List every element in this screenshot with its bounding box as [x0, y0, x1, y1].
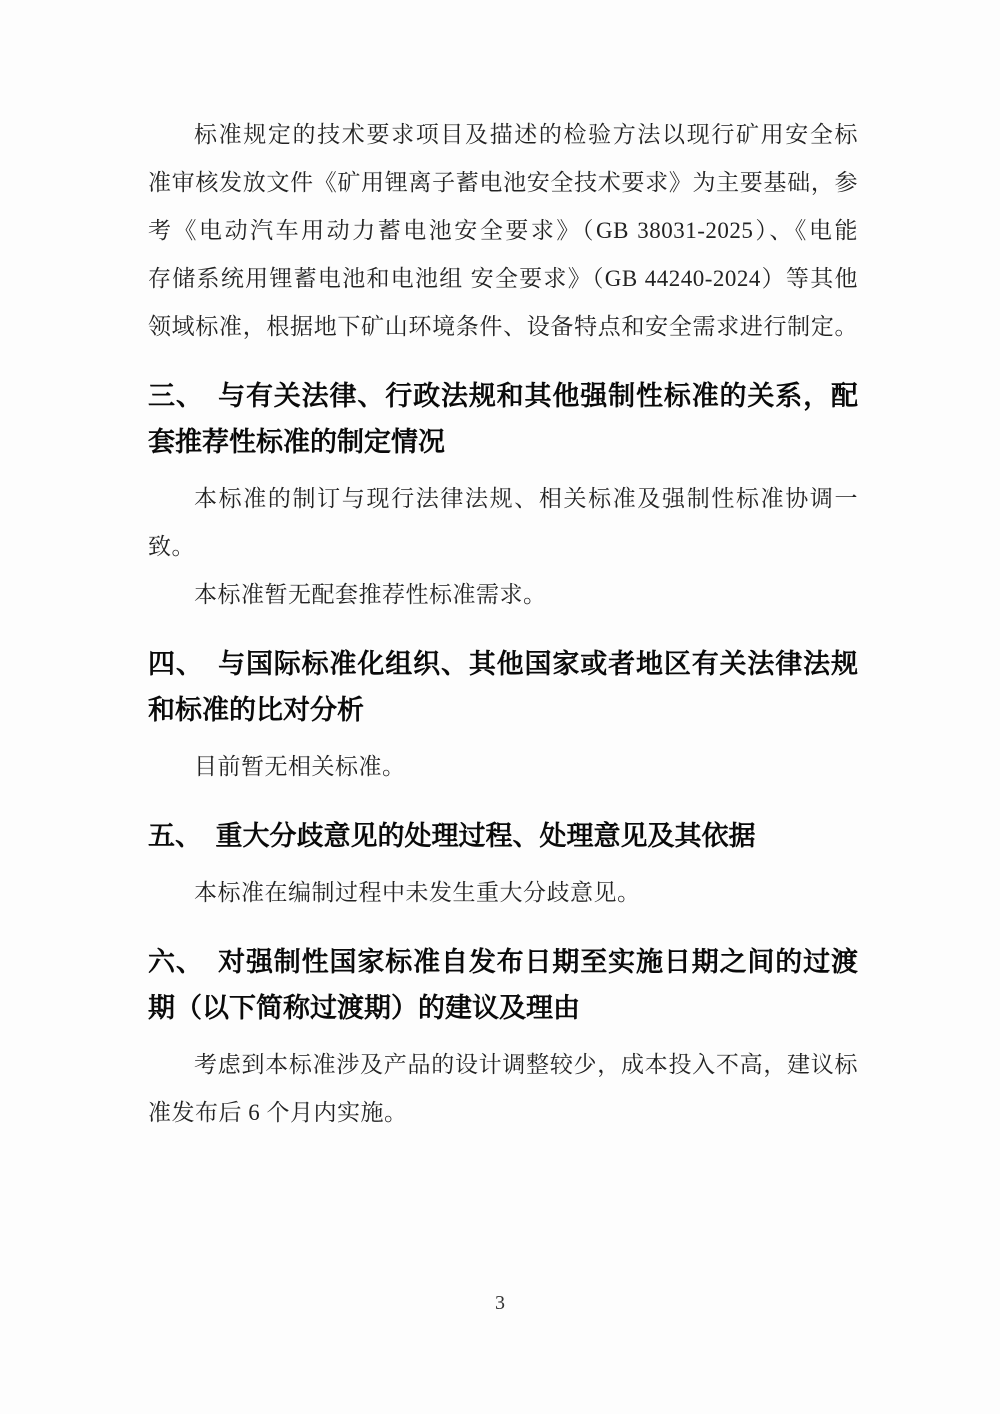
paragraph-line: 标准规定的技术要求项目及描述的检验方法以现行矿用安全标 [148, 111, 858, 159]
paragraph-section-5: 本标准在编制过程中未发生重大分歧意见。 [148, 869, 858, 917]
paragraph-line: 考《电动汽车用动力蓄电池安全要求》（GB 38031-2025）、《电能 [148, 207, 858, 255]
heading-line: 三、 与有关法律、行政法规和其他强制性标准的关系，配 [148, 373, 858, 419]
paragraph-line: 目前暂无相关标准。 [148, 743, 858, 791]
paragraph-line: 本标准在编制过程中未发生重大分歧意见。 [148, 869, 858, 917]
section-heading-3: 三、 与有关法律、行政法规和其他强制性标准的关系，配 套推荐性标准的制定情况 [148, 373, 858, 465]
section-heading-4: 四、 与国际标准化组织、其他国家或者地区有关法律法规 和标准的比对分析 [148, 641, 858, 733]
heading-line: 五、 重大分歧意见的处理过程、处理意见及其依据 [148, 813, 858, 859]
heading-line: 四、 与国际标准化组织、其他国家或者地区有关法律法规 [148, 641, 858, 687]
page-number: 3 [0, 1292, 1000, 1315]
paragraph-line: 准审核发放文件《矿用锂离子蓄电池安全技术要求》为主要基础，参 [148, 159, 858, 207]
heading-line: 期（以下简称过渡期）的建议及理由 [148, 985, 858, 1031]
document-page: 标准规定的技术要求项目及描述的检验方法以现行矿用安全标 准审核发放文件《矿用锂离… [0, 0, 1000, 1414]
heading-line: 六、 对强制性国家标准自发布日期至实施日期之间的过渡 [148, 939, 858, 985]
paragraph-line: 本标准暂无配套推荐性标准需求。 [148, 571, 858, 619]
paragraph-section-3-a: 本标准的制订与现行法律法规、相关标准及强制性标准协调一 致。 [148, 475, 858, 571]
paragraph-intro: 标准规定的技术要求项目及描述的检验方法以现行矿用安全标 准审核发放文件《矿用锂离… [148, 111, 858, 351]
paragraph-line: 致。 [148, 523, 858, 571]
heading-line: 和标准的比对分析 [148, 687, 858, 733]
paragraph-section-3-b: 本标准暂无配套推荐性标准需求。 [148, 571, 858, 619]
section-heading-5: 五、 重大分歧意见的处理过程、处理意见及其依据 [148, 813, 858, 859]
paragraph-line: 考虑到本标准涉及产品的设计调整较少，成本投入不高，建议标 [148, 1041, 858, 1089]
section-heading-6: 六、 对强制性国家标准自发布日期至实施日期之间的过渡 期（以下简称过渡期）的建议… [148, 939, 858, 1031]
paragraph-section-6: 考虑到本标准涉及产品的设计调整较少，成本投入不高，建议标 准发布后 6 个月内实… [148, 1041, 858, 1137]
paragraph-line: 准发布后 6 个月内实施。 [148, 1089, 858, 1137]
paragraph-section-4: 目前暂无相关标准。 [148, 743, 858, 791]
heading-line: 套推荐性标准的制定情况 [148, 419, 858, 465]
paragraph-line: 本标准的制订与现行法律法规、相关标准及强制性标准协调一 [148, 475, 858, 523]
paragraph-line: 领域标准，根据地下矿山环境条件、设备特点和安全需求进行制定。 [148, 303, 858, 351]
paragraph-line: 存储系统用锂蓄电池和电池组 安全要求》（GB 44240-2024）等其他 [148, 255, 858, 303]
